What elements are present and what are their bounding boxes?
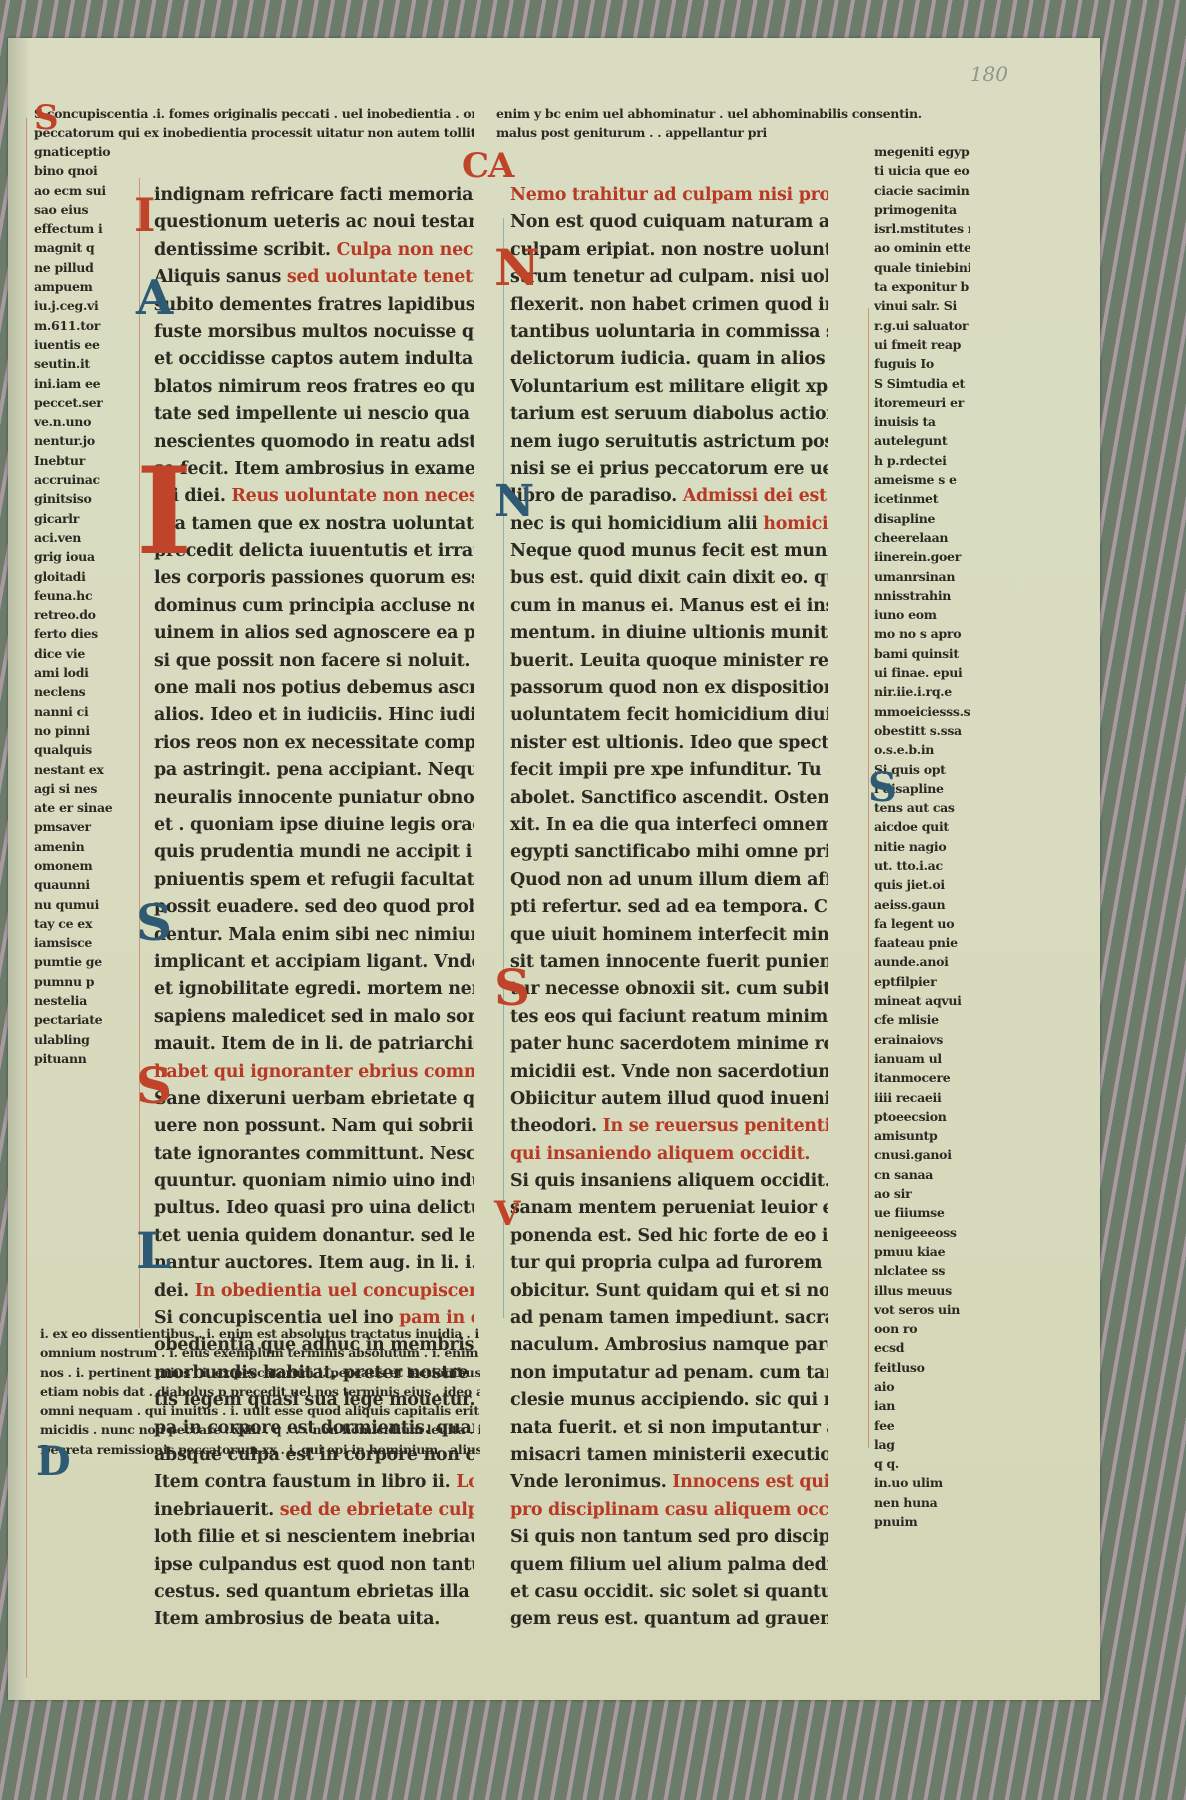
text-line: fuste morsibus multos nocuisse quosdam xyxy=(154,319,474,346)
text-segment: indignam refricare facti memoriam. In li… xyxy=(154,185,474,205)
gloss-line: ianuam ul xyxy=(874,1049,970,1068)
top-gloss-right: enim y bc enim uel abhominatur . uel abh… xyxy=(496,104,976,143)
text-segment: et . quoniam ipse diuine legis oraculo. … xyxy=(154,815,474,835)
text-segment: rios reos non ex necessitate compulsos c… xyxy=(154,733,474,753)
text-segment: nec is qui homicidium alii xyxy=(510,514,757,534)
text-segment: tarium est seruum diabolus actionat. Nem… xyxy=(510,404,828,424)
text-segment: blatos nimirum reos fratres eo quod non … xyxy=(154,377,474,397)
gloss-line: pumnu p xyxy=(34,972,112,991)
gloss-line: gicarlr xyxy=(34,509,112,528)
text-segment: Illa tamen que ex nostra uoluntate strin… xyxy=(154,514,474,534)
text-segment: et casu occidit. sic solet si quantum ad… xyxy=(510,1582,828,1602)
text-segment: uinem in alios sed agnoscere ea propria xyxy=(154,623,474,643)
text-line: non imputatur ad penam. cum tamen obest … xyxy=(510,1360,828,1387)
text-segment: pultus. Ideo quasi pro uina delictum apu… xyxy=(154,1198,474,1218)
text-line: bus est. quid dixit cain dixit eo. quod … xyxy=(510,565,828,592)
text-segment: dominus cum principia accluse non requir… xyxy=(154,596,474,616)
gloss-line: mo no s apro xyxy=(874,624,970,643)
text-segment: sit tamen innocente fuerit puniens mori xyxy=(510,952,828,972)
gloss-line: nir.iie.i.rq.e xyxy=(874,682,970,701)
text-segment: pniuentis spem et refugii facultatem. ut xyxy=(154,870,474,890)
text-segment: nisi se ei prius peccatorum ere uendidit… xyxy=(510,459,828,479)
gloss-line: cn sanaa xyxy=(874,1165,970,1184)
text-segment: abolet. Sanctifico ascendit. Ostendit do… xyxy=(510,788,828,808)
text-line: que uiuit hominem interfecit minister de… xyxy=(510,922,828,949)
text-segment: flexerit. non habet crimen quod infertur… xyxy=(510,295,828,315)
text-line: ipse culpandus est quod non tantum quant… xyxy=(154,1552,474,1579)
binding-edge xyxy=(8,38,28,1700)
text-segment: Nemo trahitur ad culpam nisi propria xyxy=(510,185,828,205)
folio-number: 180 xyxy=(970,62,1008,86)
text-line: cestus. sed quantum ebrietas illa meretu… xyxy=(154,1579,474,1606)
gloss-line: nitie nagio xyxy=(874,837,970,856)
text-segment: alios. Ideo et in iudiciis. Hinc iudi no… xyxy=(154,705,474,725)
gloss-line: nu qumui xyxy=(34,895,112,914)
flourish-red-left xyxy=(26,118,27,1678)
gloss-line: fa legent uo xyxy=(874,914,970,933)
text-line: questionum ueteris ac noui testamenti de… xyxy=(154,209,474,236)
text-line: qui insaniendo aliquem occidit. xyxy=(510,1141,828,1168)
text-line: les corporis passiones quorum esse summi xyxy=(154,565,474,592)
gloss-line: quale tiniebini xyxy=(874,258,970,277)
text-line: loth filie et si nescientem inebriauerit… xyxy=(154,1524,474,1551)
gloss-line: nen huna xyxy=(874,1493,970,1512)
gloss-line: lag xyxy=(874,1435,970,1454)
initial-A-red: A xyxy=(488,146,514,186)
gloss-line: ameisme s e xyxy=(874,470,970,489)
text-segment: Obiicitur autem illud quod inuenitur in … xyxy=(510,1089,828,1109)
gloss-line: cheerelaan xyxy=(874,528,970,547)
text-line: implicant et accipiam ligant. Vnde paupe… xyxy=(154,949,474,976)
text-line: flexerit. non habet crimen quod infertur… xyxy=(510,292,828,319)
text-segment: Item contra faustum in libro ii. xyxy=(154,1472,450,1492)
text-line: passorum quod non ex dispositione sed pr… xyxy=(510,675,828,702)
text-line: nister est ultionis. Ideo que spectat qu… xyxy=(510,730,828,757)
text-segment: Sane dixeruni uerbam ebrietate quia crim… xyxy=(154,1089,474,1109)
gloss-line: ami lodi xyxy=(34,663,112,682)
gloss-line: sao eius xyxy=(34,200,112,219)
text-segment: possit euadere. sed deo quod probe mali … xyxy=(154,897,474,917)
text-segment: pa astringit. pena accipiant. Neque enim… xyxy=(154,760,474,780)
text-line: dominus cum principia accluse non requir… xyxy=(154,593,474,620)
gloss-line: tay ce ex xyxy=(34,914,112,933)
text-line: pultus. Ideo quasi pro uina delictum apu… xyxy=(154,1195,474,1222)
gloss-line: aicdoe quit xyxy=(874,817,970,836)
text-line: pater hunc sacerdotem minime reum ho xyxy=(510,1031,828,1058)
rubric-segment: sed de ebrietate culpatur. xyxy=(280,1500,474,1520)
text-segment: mentum. in diuine ultionis munitionis pr… xyxy=(510,623,828,643)
text-segment: quem filium uel alium palma dedit. xyxy=(510,1555,828,1575)
gloss-line: megeniti egyp xyxy=(874,142,970,161)
text-line: Sane dixeruni uerbam ebrietate quia crim… xyxy=(154,1086,474,1113)
text-segment: delictorum iudicia. quam in alios deriva… xyxy=(510,349,828,369)
text-line: one mali nos potius debemus ascribere qu… xyxy=(154,675,474,702)
gloss-line: vinui salr. Si xyxy=(874,296,970,315)
initial-A-blue: A xyxy=(136,270,173,326)
gloss-line: effectum i xyxy=(34,219,112,238)
gloss-line: ferto dies xyxy=(34,624,112,643)
gloss-line: Decreta remissionis peccatorum xx . i. g… xyxy=(40,1440,480,1459)
top-gloss-line: malus post geniturum . . appellantur pri xyxy=(496,123,976,142)
text-line: precedit delicta iuuentutis et irrationa… xyxy=(154,538,474,565)
text-segment: ipse culpandus est quod non tantum quant… xyxy=(154,1555,474,1575)
text-line: possit euadere. sed deo quod probe mali … xyxy=(154,894,474,921)
text-line: nescientes quomodo in reatu adstituit qu… xyxy=(154,429,474,456)
text-line: theodori. In se reuersus penitentiam aga… xyxy=(510,1113,828,1140)
text-segment: cestus. sed quantum ebrietas illa meretu… xyxy=(154,1582,474,1602)
text-line: et casu occidit. sic solet si quantum ad… xyxy=(510,1579,828,1606)
gloss-line: fuguis Io xyxy=(874,354,970,373)
gloss-line: omonem xyxy=(34,856,112,875)
text-line: pa astringit. pena accipiant. Neque enim… xyxy=(154,757,474,784)
text-segment: one mali nos potius debemus ascribere qu… xyxy=(154,678,474,698)
gloss-line: bami quinsit xyxy=(874,644,970,663)
text-line: pti refertur. sed ad ea tempora. Cum ita xyxy=(510,894,828,921)
text-line: se fecit. Item ambrosius in exameron in … xyxy=(154,456,474,483)
text-line: clesie munus accipiendo. sic qui mente a… xyxy=(510,1387,828,1414)
right-gloss-column: megeniti egypti uicia que eociacie sacim… xyxy=(874,142,970,1531)
gloss-line: accruinac xyxy=(34,470,112,489)
gloss-line: fee xyxy=(874,1416,970,1435)
top-gloss-left: S concupiscentia .i. fomes originalis pe… xyxy=(34,104,474,143)
text-segment: mauit. Item de in li. de patriarchis. xyxy=(154,1034,474,1054)
gloss-line: autelegunt xyxy=(874,431,970,450)
gloss-line: quis jiet.oi xyxy=(874,875,970,894)
text-line: quem filium uel alium palma dedit. xyxy=(510,1552,828,1579)
gloss-line: nestelia xyxy=(34,991,112,1010)
text-segment: Vnde leronimus. xyxy=(510,1472,667,1492)
rubric-segment: Admissi dei est munus xyxy=(683,486,828,506)
gloss-line: nlclatee ss xyxy=(874,1261,970,1280)
text-line: et . quoniam ipse diuine legis oraculo. … xyxy=(154,812,474,839)
text-segment: que uiuit hominem interfecit minister de… xyxy=(510,925,828,945)
rubric-segment: Innocens est qui nitimur sed xyxy=(672,1472,828,1492)
text-segment: subito dementes fratres lapidibus ferro. xyxy=(154,295,474,315)
text-segment: non imputatur ad penam. cum tamen obest … xyxy=(510,1363,828,1383)
gloss-line: m.611.tor xyxy=(34,316,112,335)
text-line: naculum. Ambrosius namque parentum filio… xyxy=(510,1332,828,1359)
text-segment: fecit impii pre xpe infunditur. Tu abhor… xyxy=(510,760,828,780)
text-segment: si que possit non facere si noluit. huiu… xyxy=(154,651,474,671)
text-segment: les corporis passiones quorum esse summi xyxy=(154,568,474,588)
text-line: tantibus uoluntaria in commissa sequuntu… xyxy=(510,319,828,346)
text-line: sapiens maledicet sed in malo sorte in xyxy=(154,1004,474,1031)
gloss-line: magnit q xyxy=(34,238,112,257)
flourish-red-col1 xyxy=(139,178,140,1328)
manuscript-leaf: 180 S concupiscentia .i. fomes originali… xyxy=(8,38,1100,1700)
text-line: tes eos qui faciunt reatum minime gesser… xyxy=(510,1004,828,1031)
gloss-line: mmoeiciesss.ssa xyxy=(874,702,970,721)
text-line: nem iugo seruitutis astrictum possidet. xyxy=(510,429,828,456)
text-line: si que possit non facere si noluit. huiu… xyxy=(154,648,474,675)
text-line: tate ignorantes committunt. Nesciunt qui… xyxy=(154,1141,474,1168)
text-line: cum in manus ei. Manus est ei instru xyxy=(510,593,828,620)
gloss-line: grig ioua xyxy=(34,547,112,566)
text-line: et occidisse captos autem indulta et iud… xyxy=(154,346,474,373)
text-line: nata fuerit. et si non imputantur ad pen… xyxy=(510,1415,828,1442)
text-segment: uere non possunt. Nam qui sobrii cauent … xyxy=(154,1116,474,1136)
gloss-line: icetinmet xyxy=(874,489,970,508)
gloss-line: ti uicia que eo xyxy=(874,161,970,180)
text-segment: strum tenetur ad culpam. nisi uoluntate … xyxy=(510,267,828,287)
initial-N-red: N xyxy=(494,238,540,297)
text-segment: Si quis insaniens aliquem occidit. si ad xyxy=(510,1171,828,1191)
gloss-line: no pinni xyxy=(34,721,112,740)
gloss-line: iamsisce xyxy=(34,933,112,952)
initial-S-blue-gloss: S xyxy=(868,764,897,811)
text-segment: se fecit. Item ambrosius in exameron in … xyxy=(154,459,474,479)
text-segment: passorum quod non ex dispositione sed pr… xyxy=(510,678,828,698)
text-line: misacri tamen ministerii executione impe… xyxy=(510,1442,828,1469)
gloss-line: ta exponitur b xyxy=(874,277,970,296)
gloss-line: ini.iam ee xyxy=(34,374,112,393)
text-line: quis prudentia mundi ne accipit i xyxy=(154,839,474,866)
text-line: obicitur. Sunt quidam qui et si non impu… xyxy=(510,1278,828,1305)
gloss-line: inuisis ta xyxy=(874,412,970,431)
main-text-column-2: Nemo trahitur ad culpam nisi propriaNon … xyxy=(510,182,828,1634)
text-segment: quuntur. quoniam nimio uino indulgent. i… xyxy=(154,1171,474,1191)
gloss-line: aio xyxy=(874,1377,970,1396)
text-line: tet uenia quidem donantur. sed leuitatem… xyxy=(154,1223,474,1250)
gloss-line: ginitsiso xyxy=(34,489,112,508)
text-segment: clesie munus accipiendo. sic qui mente a… xyxy=(510,1390,828,1410)
initial-S-red: S xyxy=(34,98,59,138)
text-segment: xit. In ea die qua interfeci omnem primo… xyxy=(510,815,828,835)
text-line: tur necesse obnoxii sit. cum subito dem xyxy=(510,976,828,1003)
gloss-line: ne pillud xyxy=(34,258,112,277)
text-segment: sapiens maledicet sed in malo sorte in xyxy=(154,1007,474,1027)
gloss-line: o.s.e.b.in xyxy=(874,740,970,759)
text-segment: bus est. quid dixit cain dixit eo. quod … xyxy=(510,568,828,588)
text-line: dei. In obedientia uel concupiscentia no… xyxy=(154,1278,474,1305)
rubric-segment: In se reuersus penitentiam agat. xyxy=(603,1116,828,1136)
gloss-line: iuno eom xyxy=(874,605,970,624)
text-line: nec is qui homicidium alii homicidium xyxy=(510,511,828,538)
text-line: Illa tamen que ex nostra uoluntate strin… xyxy=(154,511,474,538)
gloss-line: h p.rdectei xyxy=(874,451,970,470)
text-segment: tate ignorantes committunt. Nesciunt qui… xyxy=(154,1144,474,1164)
text-line: mi diei. Reus uoluntate non necessitate … xyxy=(154,483,474,510)
text-line: blatos nimirum reos fratres eo quod non … xyxy=(154,374,474,401)
text-segment: quis prudentia mundi ne accipit i xyxy=(154,842,472,862)
gloss-line: gloitadi xyxy=(34,567,112,586)
text-segment: Item ambrosius de beata uita. xyxy=(154,1609,440,1629)
text-line: subito dementes fratres lapidibus ferro. xyxy=(154,292,474,319)
text-line: Neque quod munus fecit est muni facere. xyxy=(510,538,828,565)
text-segment: tet uenia quidem donantur. sed leuitatem… xyxy=(154,1226,474,1246)
text-line: buerit. Leuita quoque minister remission… xyxy=(510,648,828,675)
text-segment: pro disciplinam casu aliquem occidit. xyxy=(510,1500,828,1520)
gloss-line: mineat aqvui xyxy=(874,991,970,1010)
gloss-line: faateau pnie xyxy=(874,933,970,952)
text-segment: naculum. Ambrosius namque parentum filio… xyxy=(510,1335,828,1355)
gloss-line: ecsd xyxy=(874,1338,970,1357)
gloss-line: quaunni xyxy=(34,875,112,894)
gloss-line: iiii recaeii xyxy=(874,1088,970,1107)
text-line: habet qui ignoranter ebrius committit. xyxy=(154,1059,474,1086)
initial-N-blue: N xyxy=(494,476,534,527)
gloss-line: ui fmeit reap xyxy=(874,335,970,354)
text-segment: habet qui ignoranter ebrius committit. xyxy=(154,1062,474,1082)
gloss-line: pumtie ge xyxy=(34,952,112,971)
text-line: strum tenetur ad culpam. nisi uoluntate … xyxy=(510,264,828,291)
text-line: inebriauerit. sed de ebrietate culpatur. xyxy=(154,1497,474,1524)
gloss-line: cfe mlisie xyxy=(874,1010,970,1029)
text-line: gem reus est. quantum ad grauem innocens… xyxy=(510,1606,828,1633)
text-line: Quod non ad unum illum diem afflictos eg… xyxy=(510,867,828,894)
text-segment: ad penam tamen impediunt. sacramenti sig xyxy=(510,1308,828,1328)
text-segment: buerit. Leuita quoque minister remission… xyxy=(510,651,828,671)
gloss-line: pituann xyxy=(34,1049,112,1068)
initial-V-red: V xyxy=(494,1194,520,1234)
text-line: tur qui propria culpa ad furorem produxi… xyxy=(510,1250,828,1277)
text-segment: nescientes quomodo in reatu adstituit qu… xyxy=(154,432,474,452)
rubric-segment: Loth non de incestu xyxy=(456,1472,474,1492)
text-line: uere non possunt. Nam qui sobrii cauent … xyxy=(154,1113,474,1140)
gloss-line: pnuim xyxy=(874,1512,970,1531)
rubric-segment: Culpa non necessitate xyxy=(336,240,474,260)
gloss-line: r.g.ui saluator xyxy=(874,316,970,335)
gloss-line: ao sir xyxy=(874,1184,970,1203)
text-line: Nemo trahitur ad culpam nisi propria xyxy=(510,182,828,209)
gloss-line: illus meuus xyxy=(874,1281,970,1300)
text-line: Voluntarium est militare eligit xpc. uol… xyxy=(510,374,828,401)
gloss-line: ui finae. epui xyxy=(874,663,970,682)
text-line: abolet. Sanctifico ascendit. Ostendit do… xyxy=(510,785,828,812)
gloss-line: feuna.hc xyxy=(34,586,112,605)
initial-S-blue: S xyxy=(136,893,172,952)
text-line: ad penam tamen impediunt. sacramenti sig xyxy=(510,1305,828,1332)
gloss-line: feitluso xyxy=(874,1358,970,1377)
rubric-segment: sed uoluntate tenetur constringi. xyxy=(287,267,474,287)
gloss-line: nentur.jo xyxy=(34,431,112,450)
gloss-line: gnaticeptio xyxy=(34,142,112,161)
gloss-line: obestitt s.ssa xyxy=(874,721,970,740)
text-line: dentur. Mala enim sibi nec nimium de xyxy=(154,922,474,949)
bottom-gloss: i. ex eo dissentientibus . i. enim est a… xyxy=(40,1324,480,1459)
gloss-line: amenin xyxy=(34,837,112,856)
gloss-line: umanrsinan xyxy=(874,567,970,586)
gloss-line: itanmocere xyxy=(874,1068,970,1087)
text-segment: inebriauerit. xyxy=(154,1500,274,1520)
gloss-line: ptoeecsion xyxy=(874,1107,970,1126)
top-gloss-line: peccatorum qui ex inobedientia processit… xyxy=(34,123,474,142)
gloss-line: retreo.do xyxy=(34,605,112,624)
text-line: sanam mentem perueniat leuior ei peniten… xyxy=(510,1195,828,1222)
top-gloss-line: enim y bc enim uel abhominatur . uel abh… xyxy=(496,104,976,123)
rubric-segment: homicidium xyxy=(763,514,828,534)
gloss-line: ciacie sacimins xyxy=(874,181,970,200)
text-segment: dentissime scribit. xyxy=(154,240,331,260)
gloss-line: disapline xyxy=(874,509,970,528)
text-line: egypti sanctificabo mihi omne primogenit… xyxy=(510,839,828,866)
text-segment: ponenda est. Sed hic forte de eo intelli… xyxy=(510,1226,828,1246)
text-line: neuralis innocente puniatur obnoxii mori xyxy=(154,785,474,812)
gloss-line: qualquis xyxy=(34,740,112,759)
gloss-line: in.uo ulim xyxy=(874,1473,970,1492)
text-line: Item contra faustum in libro ii. Loth no… xyxy=(154,1469,474,1496)
text-line: uinem in alios sed agnoscere ea propria xyxy=(154,620,474,647)
gloss-line: micidis . nunc non peccare . xxiii . q .… xyxy=(40,1420,480,1439)
gloss-line: itoremeuri er xyxy=(874,393,970,412)
gloss-line: iu.j.ceg.vi xyxy=(34,296,112,315)
gloss-line: ate er sinae xyxy=(34,798,112,817)
gloss-line: ao ecm sui xyxy=(34,181,112,200)
gloss-line: dice vie xyxy=(34,644,112,663)
gloss-line: pmuu kiae xyxy=(874,1242,970,1261)
text-line: Aliquis sanus sed uoluntate tenetur cons… xyxy=(154,264,474,291)
gloss-line: ian xyxy=(874,1396,970,1415)
gloss-line: cnusi.ganoi xyxy=(874,1145,970,1164)
gloss-line: erainaiovs xyxy=(874,1030,970,1049)
initial-S-red-col2: S xyxy=(494,958,530,1017)
show-through-text xyxy=(970,138,1080,1438)
text-segment: Neque quod munus fecit est muni xyxy=(510,541,828,561)
initial-C-red: C xyxy=(462,146,489,186)
gloss-line: nenigeeeoss xyxy=(874,1223,970,1242)
text-line: xit. In ea die qua interfeci omnem primo… xyxy=(510,812,828,839)
gloss-line: seutin.it xyxy=(34,354,112,373)
text-segment: Voluntarium est militare eligit xpc. uol… xyxy=(510,377,828,397)
gloss-line: vot seros uin xyxy=(874,1300,970,1319)
gloss-line: ampuem xyxy=(34,277,112,296)
text-line: pniuentis spem et refugii facultatem. ut xyxy=(154,867,474,894)
text-segment: obicitur. Sunt quidam qui et si non impu… xyxy=(510,1281,828,1301)
text-line: Non est quod cuiquam naturam asceret uol… xyxy=(510,209,828,236)
gloss-line: nnisstrahin xyxy=(874,586,970,605)
text-segment: pater hunc sacerdotem minime reum ho xyxy=(510,1034,828,1054)
gloss-line: primogenita xyxy=(874,200,970,219)
text-line: quuntur. quoniam nimio uino indulgent. i… xyxy=(154,1168,474,1195)
text-segment: implicant et accipiam ligant. Vnde paupe… xyxy=(154,952,474,972)
text-segment: libro de paradiso. xyxy=(510,486,677,506)
text-segment: tur qui propria culpa ad furorem produxi… xyxy=(510,1253,828,1273)
text-line: sit tamen innocente fuerit puniens mori xyxy=(510,949,828,976)
gloss-line: pectariate xyxy=(34,1010,112,1029)
text-line: Si quis insaniens aliquem occidit. si ad xyxy=(510,1168,828,1195)
text-segment: qui insaniendo aliquem occidit. xyxy=(510,1144,810,1164)
text-segment: Non est quod cuiquam naturam asceret xyxy=(510,212,828,232)
gloss-line: isrl.mstitutes n xyxy=(874,219,970,238)
text-segment: uoluntatem fecit homicidium diuine mi xyxy=(510,705,828,725)
text-line: Vnde leronimus. Innocens est qui nitimur… xyxy=(510,1469,828,1496)
gloss-line: nanni ci xyxy=(34,702,112,721)
text-segment: Quod non ad unum illum diem afflictos eg… xyxy=(510,870,828,890)
gloss-line: peccet.ser xyxy=(34,393,112,412)
text-line: tarium est seruum diabolus actionat. Nem… xyxy=(510,401,828,428)
gloss-line: omnium nostrum . i. eius exemplum termin… xyxy=(40,1343,480,1362)
gloss-line: q q. xyxy=(874,1454,970,1473)
text-segment: tes eos qui faciunt reatum minime gesser… xyxy=(510,1007,828,1027)
text-segment: Si quis non tantum sed pro disciplina al… xyxy=(510,1527,828,1547)
text-line: mauit. Item de in li. de patriarchis. Ve… xyxy=(154,1031,474,1058)
gloss-line: ao ominin ette xyxy=(874,238,970,257)
text-line: rios reos non ex necessitate compulsos c… xyxy=(154,730,474,757)
gloss-line: agi si nes xyxy=(34,779,112,798)
text-line: pro disciplinam casu aliquem occidit. xyxy=(510,1497,828,1524)
flourish-blue-col2 xyxy=(503,218,504,1318)
text-line: indignam refricare facti memoriam. In li… xyxy=(154,182,474,209)
text-line: micidii est. Vnde non sacerdotium puarii… xyxy=(510,1059,828,1086)
initial-I-red: I xyxy=(134,188,156,242)
text-segment: tate sed impellente ui nescio qua hec ge… xyxy=(154,404,474,424)
gloss-line: nos . i. pertinent prius . i. ex peccato… xyxy=(40,1363,480,1382)
text-segment: misacri tamen ministerii executione impe… xyxy=(510,1445,828,1465)
text-line: alios. Ideo et in iudiciis. Hinc iudi no… xyxy=(154,702,474,729)
text-line: nantur auctores. Item aug. in li. i. de … xyxy=(154,1250,474,1277)
text-segment: loth filie et si nescientem inebriauerit… xyxy=(154,1527,474,1547)
gloss-line: ut. tto.i.ac xyxy=(874,856,970,875)
